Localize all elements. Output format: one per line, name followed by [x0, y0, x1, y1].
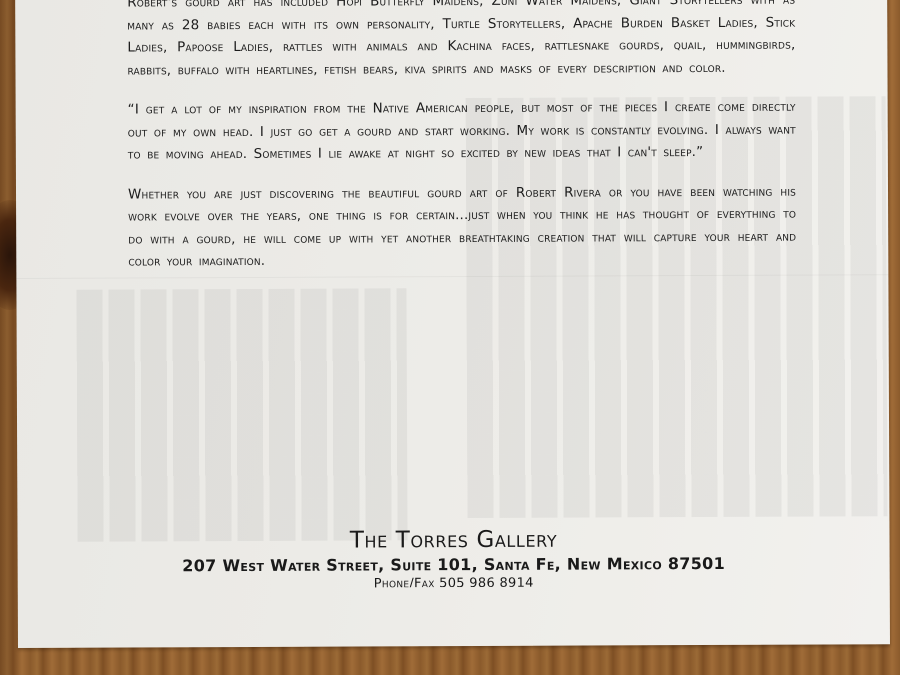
- article-body: Robert's gourd art has included Hopi But…: [127, 0, 796, 290]
- paragraph-artist-quote: “I get a lot of my inspiration from the …: [128, 96, 796, 166]
- show-through-text-left: [76, 288, 407, 541]
- gallery-name: The Torres Gallery: [17, 524, 889, 556]
- paragraph-closing: Whether you are just discovering the bea…: [128, 180, 796, 273]
- paper-sheet: Robert's gourd art has included Hopi But…: [15, 0, 890, 648]
- paragraph-gourd-art-list: Robert's gourd art has included Hopi But…: [127, 0, 795, 82]
- gallery-footer: The Torres Gallery 207 West Water Street…: [17, 524, 889, 589]
